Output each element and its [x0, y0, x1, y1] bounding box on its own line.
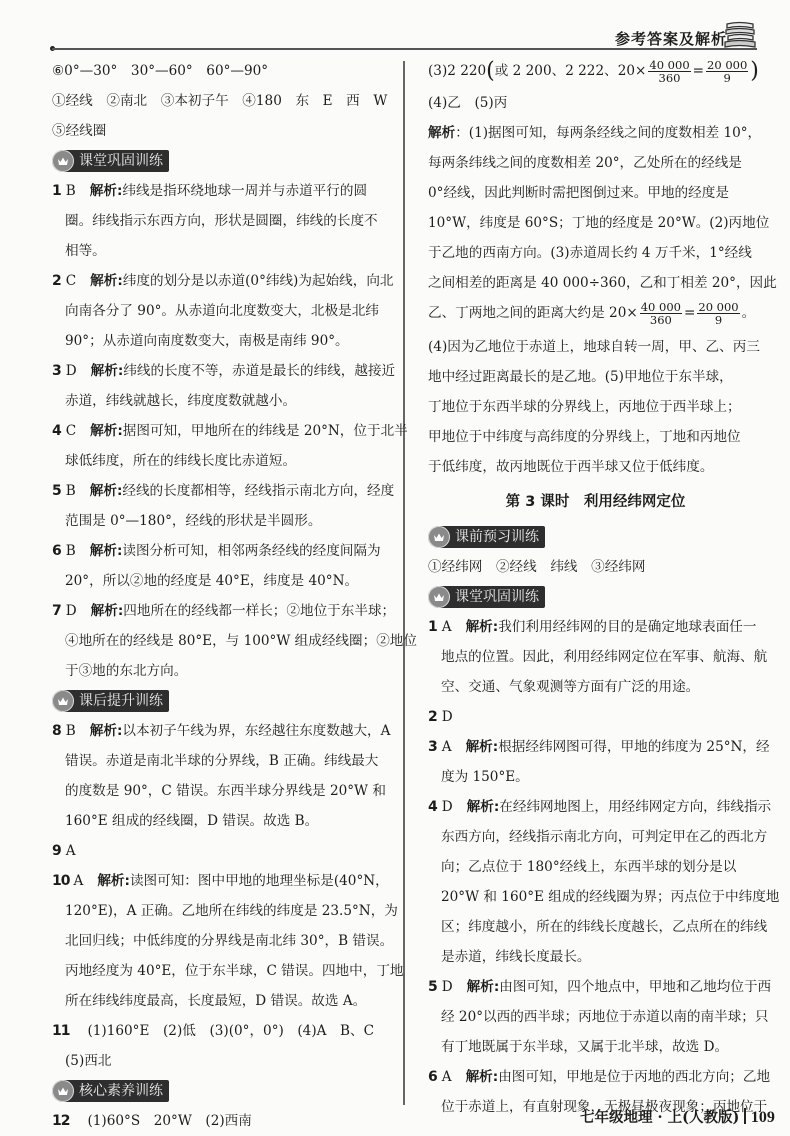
answer-choice: B — [66, 723, 76, 739]
answer-text: 纬线的长度不等，赤道是最长的纬线，越接近 — [123, 363, 395, 379]
answer-text: (1)160°E (2)低 (3)(0°，0°) (4)A B、C — [87, 1023, 374, 1039]
analysis-label: 解析 — [466, 1069, 493, 1085]
fraction: 20 0009 — [697, 301, 739, 326]
question-item: 11(1)160°E (2)低 (3)(0°，0°) (4)A B、C — [52, 1016, 392, 1046]
answer-text: 向；乙点位于 180°经线上，东西半球的划分是以 — [441, 859, 736, 875]
section-badge-label: 课前预习训练 — [455, 522, 539, 552]
answer-text: 90°；从赤道向南度数变大，南极是南纬 90°。 — [65, 333, 349, 349]
book-title: 七年级地理 · 上(人教版) — [580, 1109, 739, 1126]
answer-line: (3)2 220(或 2 200、2 222、20×40 000360=20 0… — [428, 56, 763, 88]
analysis-label: 解析 — [466, 739, 493, 755]
question-number: 1 — [52, 183, 62, 199]
answer-text: ④地所在的经线是 80°E，与 100°W 组成经线圈；②地位 — [65, 633, 417, 649]
answer-text: 区；纬度越小，所在的纬线长度越长，乙点所在的纬线 — [441, 919, 767, 935]
analysis-line: (5)西北 — [52, 1046, 392, 1076]
answer-text: 四地所在的经线都一样长；②地位于东半球； — [123, 603, 395, 619]
analysis-label: 解析 — [467, 799, 494, 815]
question-number: 7 — [52, 603, 62, 619]
analysis-line: 区；纬度越小，所在的纬线长度越长，乙点所在的纬线 — [428, 912, 763, 942]
stacked-books-icon — [723, 20, 757, 52]
analysis-line: 相等。 — [52, 236, 392, 266]
analysis-line: 地点的位置。因此，利用经纬网定位在军事、航海、航 — [428, 642, 763, 672]
crown-icon — [428, 526, 450, 548]
answer-text: 由图可知，甲地是位于丙地的西北方向；乙地 — [498, 1069, 770, 1085]
analysis-line: 90°；从赤道向南度数变大，南极是南纬 90°。 — [52, 326, 392, 356]
section-badge: 课前预习训练 — [428, 522, 763, 552]
right-column: (3)2 220(或 2 200、2 222、20×40 000360=20 0… — [428, 56, 763, 1122]
page-header-title: 参考答案及解析 — [615, 28, 727, 49]
answer-text: 空、交通、气象观测等方面有广泛的用途。 — [441, 679, 699, 695]
analysis-line: 球低纬度，所在的纬线长度比赤道短。 — [52, 446, 392, 476]
analysis-line: 于③地的东北方向。 — [52, 656, 392, 686]
question-item: 3D解析:纬线的长度不等，赤道是最长的纬线，越接近 — [52, 356, 392, 386]
question-item: 8B解析:以本初子午线为界，东经越往东度数越大，A — [52, 716, 392, 746]
answer-choice: A — [66, 843, 76, 859]
answer-choice: A — [442, 739, 452, 755]
question-number: 11 — [52, 1023, 69, 1039]
answer-text: (1)60°S 20°W (2)西南 — [87, 1113, 251, 1129]
analysis-label: 解析 — [97, 873, 124, 889]
section-badge-label: 课后提升训练 — [79, 686, 163, 716]
analysis-label: 解析 — [90, 543, 117, 559]
analysis-line: 之间相差的距离是 40 000÷360，乙和丁相差 20°，因此 — [428, 268, 763, 298]
answer-text: 度为 150°E。 — [441, 769, 529, 785]
question-number: 12 — [52, 1113, 69, 1129]
analysis-line: 度为 150°E。 — [428, 762, 763, 792]
analysis-label: 解析 — [91, 363, 118, 379]
answer-text: (5)西北 — [65, 1053, 111, 1069]
answer-text: 所在纬线纬度最高，长度最短，D 错误。故选 A。 — [65, 993, 366, 1009]
question-item: 6A解析:由图可知，甲地是位于丙地的西北方向；乙地 — [428, 1062, 763, 1092]
analysis-line: 160°E 组成的经线圈，D 错误。故选 B。 — [52, 806, 392, 836]
answer-text: 有丁地既属于东半球，又属于北半球，故选 D。 — [441, 1039, 728, 1055]
answer-text: 120°E)，A 正确。乙地所在纬线的纬度是 23.5°N，为 — [65, 903, 398, 919]
section-badge: 课后提升训练 — [52, 686, 392, 716]
analysis-line: 解析：(1)据图可知，每两条经线之间的度数相差 10°， — [428, 118, 763, 148]
answer-text: 经 20°以西的西半球；丙地位于赤道以南的南半球；只 — [441, 1009, 768, 1025]
analysis-label: 解析 — [90, 273, 117, 289]
answer-line: ①经线 ②南北 ③本初子午 ④180 东 E 西 W — [52, 86, 392, 116]
answer-choice: C — [66, 273, 76, 289]
question-item: 1B解析:纬线是指环绕地球一周并与赤道平行的圆 — [52, 176, 392, 206]
section-badge: 核心素养训练 — [52, 1076, 392, 1106]
analysis-label: 解析 — [467, 979, 494, 995]
analysis-line: 丙地经度为 40°E，位于东半球，C 错误。四地中，丁地 — [52, 956, 392, 986]
question-number: 4 — [52, 423, 62, 439]
question-item: 12(1)60°S 20°W (2)西南 — [52, 1106, 392, 1136]
question-item: 2C解析:纬度的划分是以赤道(0°纬线)为起始线，向北 — [52, 266, 392, 296]
analysis-line: 丁地位于东西半球的分界线上，丙地位于西半球上； — [428, 392, 763, 422]
question-number: 5 — [428, 979, 438, 995]
analysis-line: 20°W 和 160°E 组成的经线圈为界；丙点位于中纬度地 — [428, 882, 763, 912]
question-item: 2D — [428, 702, 763, 732]
answer-choice: D — [442, 709, 453, 725]
lesson-title: 第 3 课时 利用经纬网定位 — [428, 482, 763, 522]
crown-icon — [52, 150, 74, 172]
section-badge-label: 课堂巩固训练 — [79, 146, 163, 176]
answer-text: 东西方向，经线指示南北方向，可判定甲在乙的西北方 — [441, 829, 767, 845]
question-number: 6 — [428, 1069, 438, 1085]
answer-choice: B — [66, 483, 76, 499]
analysis-line: 于乙地的西南方向。(3)赤道周长约 4 万千米，1°经线 — [428, 238, 763, 268]
analysis-line: 乙、丁两地之间的距离大约是 20×40 000360=20 0009。 — [428, 298, 763, 332]
answer-text: 赤道，纬线就越长，纬度度数就越小。 — [65, 393, 296, 409]
question-item: 3A解析:根据经纬网图可得，甲地的纬度为 25°N，经 — [428, 732, 763, 762]
question-number: 4 — [428, 799, 438, 815]
answer-text: 于③地的东北方向。 — [65, 663, 187, 679]
question-number: 10 — [52, 873, 69, 889]
answer-text: 20°，所以②地的经度是 40°E，纬度是 40°N。 — [65, 573, 358, 589]
section-badge-label: 核心素养训练 — [79, 1076, 163, 1106]
question-item: 4C解析:据图可知，甲地所在的纬线是 20°N，位于北半 — [52, 416, 392, 446]
analysis-line: 东西方向，经线指示南北方向，可判定甲在乙的西北方 — [428, 822, 763, 852]
fraction: 40 000360 — [648, 59, 690, 84]
column-divider — [403, 61, 405, 1105]
answer-text: 以本初子午线为界，东经越往东度数越大，A — [122, 723, 390, 739]
analysis-line: (4)因为乙地位于赤道上，地球自转一周，甲、乙、丙三 — [428, 332, 763, 362]
answer-text: 在经纬网地图上，用经纬网定方向，纬线指示 — [499, 799, 771, 815]
analysis-line: 错误。赤道是南北半球的分界线，B 正确。纬线最大 — [52, 746, 392, 776]
fraction: 40 000360 — [640, 301, 682, 326]
answer-choice: D — [66, 603, 77, 619]
question-number: 2 — [52, 273, 62, 289]
analysis-label: 解析 — [90, 483, 117, 499]
analysis-line: 经 20°以西的西半球；丙地位于赤道以南的南半球；只 — [428, 1002, 763, 1032]
answer-text: 经线的长度都相等，经线指示南北方向，经度 — [122, 483, 394, 499]
analysis-line: 空、交通、气象观测等方面有广泛的用途。 — [428, 672, 763, 702]
answer-text: 我们利用经纬网的目的是确定地球表面任一 — [498, 619, 756, 635]
answer-text: 丙地经度为 40°E，位于东半球，C 错误。四地中，丁地 — [65, 963, 404, 979]
section-badge: 课堂巩固训练 — [428, 582, 763, 612]
analysis-line: 范围是 0°—180°，经线的形状是半圆形。 — [52, 506, 392, 536]
answer-text: 错误。赤道是南北半球的分界线，B 正确。纬线最大 — [65, 753, 378, 769]
answer-text: 160°E 组成的经线圈，D 错误。故选 B。 — [65, 813, 318, 829]
answer-choice: A — [73, 873, 83, 889]
question-number: 1 — [428, 619, 438, 635]
analysis-line: ④地所在的经线是 80°E，与 100°W 组成经线圈；②地位 — [52, 626, 392, 656]
analysis-line: 有丁地既属于东半球，又属于北半球，故选 D。 — [428, 1032, 763, 1062]
analysis-line: 所在纬线纬度最高，长度最短，D 错误。故选 A。 — [52, 986, 392, 1016]
analysis-label: 解析 — [90, 183, 117, 199]
answer-choice: A — [442, 619, 452, 635]
question-item: 10A解析:读图可知：图中甲地的地理坐标是(40°N， — [52, 866, 392, 896]
question-number: 3 — [428, 739, 438, 755]
answer-line: ⑥0°—30° 30°—60° 60°—90° — [52, 56, 392, 86]
answer-text: 范围是 0°—180°，经线的形状是半圆形。 — [65, 513, 321, 529]
page-number: 109 — [751, 1109, 775, 1126]
section-badge-label: 课堂巩固训练 — [455, 582, 539, 612]
analysis-line: 甲地位于中纬度与高纬度的分界线上，丁地和丙地位 — [428, 422, 763, 452]
answer-line: ①经纬网 ②经线 纬线 ③经纬网 — [428, 552, 763, 582]
answer-text: 圈。纬线指示东西方向，形状是圆圈，纬线的长度不 — [65, 213, 378, 229]
analysis-line: 向南各分了 90°。从赤道向北度数变大，北极是北纬 — [52, 296, 392, 326]
answer-choice: D — [442, 799, 453, 815]
analysis-line: 10°W，纬度是 60°S；丁地的经度是 20°W。(2)丙地位 — [428, 208, 763, 238]
answer-text: 由图可知，四个地点中，甲地和乙地均位于西 — [499, 979, 771, 995]
answer-text: 读图分析可知，相邻两条经线的经度间隔为 — [122, 543, 380, 559]
question-number: 6 — [52, 543, 62, 559]
answer-text: 北回归线；中低纬度的分界线是南北纬 30°，B 错误。 — [65, 933, 393, 949]
answer-text: 地点的位置。因此，利用经纬网定位在军事、航海、航 — [441, 649, 767, 665]
answer-choice: D — [442, 979, 453, 995]
answer-choice: C — [66, 423, 76, 439]
analysis-line: 向；乙点位于 180°经线上，东西半球的划分是以 — [428, 852, 763, 882]
question-item: 9A — [52, 836, 392, 866]
question-item: 6B解析:读图分析可知，相邻两条经线的经度间隔为 — [52, 536, 392, 566]
answer-text: 纬度的划分是以赤道(0°纬线)为起始线，向北 — [123, 273, 394, 289]
analysis-line: 20°，所以②地的经度是 40°E，纬度是 40°N。 — [52, 566, 392, 596]
question-item: 5B解析:经线的长度都相等，经线指示南北方向，经度 — [52, 476, 392, 506]
crown-icon — [52, 690, 74, 712]
answer-text: 根据经纬网图可得，甲地的纬度为 25°N，经 — [498, 739, 769, 755]
answer-text: 球低纬度，所在的纬线长度比赤道短。 — [65, 453, 296, 469]
left-column: ⑥0°—30° 30°—60° 60°—90° ①经线 ②南北 ③本初子午 ④1… — [52, 56, 392, 1136]
analysis-label: 解析 — [90, 723, 117, 739]
analysis-line: 地中经过距离最长的是乙地。(5)甲地位于东半球， — [428, 362, 763, 392]
page-footer: 七年级地理 · 上(人教版)109 — [580, 1106, 775, 1127]
crown-icon — [52, 1080, 74, 1102]
analysis-line: 每两条纬线之间的度数相差 20°，乙处所在的经线是 — [428, 148, 763, 178]
answer-text: 相等。 — [65, 243, 106, 259]
analysis-line: 120°E)，A 正确。乙地所在纬线的纬度是 23.5°N，为 — [52, 896, 392, 926]
answer-text: 纬线是指环绕地球一周并与赤道平行的圆 — [122, 183, 367, 199]
analysis-line: 北回归线；中低纬度的分界线是南北纬 30°，B 错误。 — [52, 926, 392, 956]
answer-text: 的度数是 90°，C 错误。东西半球分界线是 20°W 和 — [65, 783, 386, 799]
analysis-label: 解析 — [466, 619, 493, 635]
question-item: 4D解析:在经纬网地图上，用经纬网定方向，纬线指示 — [428, 792, 763, 822]
analysis-line: 是赤道，纬线长度最长。 — [428, 942, 763, 972]
question-item: 5D解析:由图可知，四个地点中，甲地和乙地均位于西 — [428, 972, 763, 1002]
question-item: 7D解析:四地所在的经线都一样长；②地位于东半球； — [52, 596, 392, 626]
answer-text: 向南各分了 90°。从赤道向北度数变大，北极是北纬 — [65, 303, 379, 319]
answer-line: ⑤经线圈 — [52, 116, 392, 146]
answer-text: 20°W 和 160°E 组成的经线圈为界；丙点位于中纬度地 — [441, 889, 779, 905]
answer-text: 据图可知，甲地所在的纬线是 20°N，位于北半 — [123, 423, 408, 439]
answer-text: 是赤道，纬线长度最长。 — [441, 949, 591, 965]
question-item: 1A解析:我们利用经纬网的目的是确定地球表面任一 — [428, 612, 763, 642]
analysis-label: 解析 — [90, 423, 117, 439]
answer-choice: B — [66, 543, 76, 559]
analysis-line: 赤道，纬线就越长，纬度度数就越小。 — [52, 386, 392, 416]
question-number: 3 — [52, 363, 62, 379]
answer-line: (4)乙 (5)丙 — [428, 88, 763, 118]
answer-choice: A — [442, 1069, 452, 1085]
answer-text: 读图可知：图中甲地的地理坐标是(40°N， — [130, 873, 389, 889]
analysis-line: 圈。纬线指示东西方向，形状是圆圈，纬线的长度不 — [52, 206, 392, 236]
section-badge: 课堂巩固训练 — [52, 146, 392, 176]
answer-choice: B — [66, 183, 76, 199]
question-number: 2 — [428, 709, 438, 725]
analysis-line: 的度数是 90°，C 错误。东西半球分界线是 20°W 和 — [52, 776, 392, 806]
question-number: 9 — [52, 843, 62, 859]
analysis-line: 于低纬度，故丙地既位于西半球又位于低纬度。 — [428, 452, 763, 482]
analysis-label: 解析 — [91, 603, 118, 619]
crown-icon — [428, 586, 450, 608]
question-number: 8 — [52, 723, 62, 739]
footer-separator — [744, 1108, 746, 1124]
answer-choice: D — [66, 363, 77, 379]
question-number: 5 — [52, 483, 62, 499]
analysis-line: 0°经线，因此判断时需把图倒过来。甲地的经度是 — [428, 178, 763, 208]
fraction: 20 0009 — [706, 59, 748, 84]
